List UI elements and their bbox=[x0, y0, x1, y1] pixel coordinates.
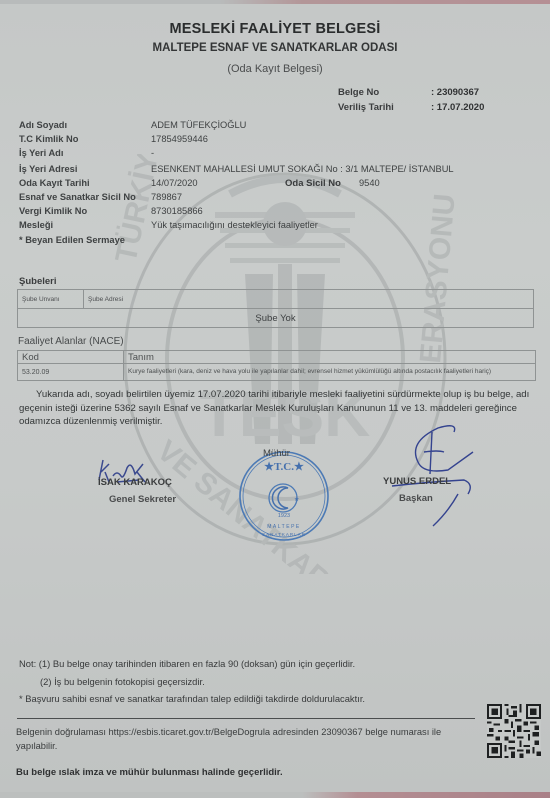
right-signatory-name: YUNUS ERDEL bbox=[383, 476, 451, 487]
field-value-is-yeri-adresi: ESENKENT MAHALLESİ UMUT SOKAĞI No : 3/1 … bbox=[151, 164, 454, 174]
svg-text:★: ★ bbox=[294, 496, 299, 503]
field-value-tc-kimlik: 17854959446 bbox=[151, 134, 208, 144]
field-label-oda-kayit-tarihi: Oda Kayıt Tarihi bbox=[19, 178, 90, 188]
field-label-is-yeri-adresi: İş Yeri Adresi bbox=[19, 164, 77, 174]
belge-no-label: Belge No bbox=[338, 87, 379, 98]
field-label-adi-soyadi: Adı Soyadı bbox=[19, 120, 67, 130]
field-label-vergi-kimlik: Vergi Kimlik No bbox=[19, 206, 87, 216]
branches-table: Şube Unvanı Şube Adresi Şube Yok bbox=[17, 289, 534, 328]
left-signatory-name: İSAK KARAKOÇ bbox=[98, 477, 172, 488]
branches-col-adres: Şube Adresi bbox=[84, 290, 534, 309]
field-label-meslegi: Mesleği bbox=[19, 220, 53, 230]
oda-sicil-value: 9540 bbox=[359, 178, 380, 188]
document-subtitle: (Oda Kayıt Belgesi) bbox=[0, 63, 550, 75]
svg-text:ERASYONU: ERASYONU bbox=[414, 192, 462, 364]
svg-text:★T.C.★: ★T.C.★ bbox=[264, 461, 304, 473]
belge-no-value: : 23090367 bbox=[431, 87, 479, 98]
field-value-is-yeri-adi: - bbox=[151, 148, 154, 158]
document-title: MESLEKİ FAALİYET BELGESİ bbox=[0, 21, 550, 37]
nace-title: Faaliyet Alanlar (NACE) bbox=[18, 336, 124, 347]
verilis-tarihi-value: : 17.07.2020 bbox=[431, 102, 484, 113]
qr-code-icon[interactable] bbox=[487, 704, 541, 758]
field-label-sicil-no: Esnaf ve Sanatkar Sicil No bbox=[19, 192, 136, 202]
field-value-sicil-no: 789867 bbox=[151, 192, 182, 202]
field-label-sermaye: * Beyan Edilen Sermaye bbox=[19, 235, 125, 245]
nace-col-kod: Kod bbox=[18, 351, 124, 364]
left-signatory-title: Genel Sekreter bbox=[109, 494, 176, 505]
note-2: (2) İş bu belgenin fotokopisi geçersizdi… bbox=[40, 676, 205, 687]
nace-table: Kod Tanım 53.20.09 Kurye faaliyetleri (k… bbox=[17, 350, 536, 381]
divider-line bbox=[17, 718, 475, 719]
field-value-adi-soyadi: ADEM TÜFEKÇİOĞLU bbox=[151, 120, 246, 130]
field-label-is-yeri-adi: İş Yeri Adı bbox=[19, 148, 63, 158]
field-value-vergi-kimlik: 8730185866 bbox=[151, 206, 203, 216]
verilis-tarihi-label: Veriliş Tarihi bbox=[338, 102, 394, 113]
oda-sicil-label: Oda Sicil No bbox=[285, 178, 341, 189]
field-label-tc-kimlik: T.C Kimlik No bbox=[19, 134, 78, 144]
right-signatory-title: Başkan bbox=[399, 493, 433, 504]
nace-row-code: 53.20.09 bbox=[18, 364, 124, 381]
field-value-meslegi: Yük taşımacılığını destekleyici faaliyet… bbox=[151, 220, 318, 230]
official-seal-icon: ★T.C.★ ★ 1923 MALTEPE SANATKARLAR bbox=[236, 448, 332, 544]
nace-col-tanim: Tanım bbox=[124, 351, 536, 364]
branches-empty: Şube Yok bbox=[18, 309, 534, 328]
note-1: Not: (1) Bu belge onay tarihinden itibar… bbox=[19, 658, 355, 669]
verification-text: Belgenin doğrulaması https://esbis.ticar… bbox=[16, 726, 461, 753]
page-edge-bottom bbox=[0, 792, 550, 798]
validity-notice: Bu belge ıslak imza ve mühür bulunması h… bbox=[16, 767, 283, 778]
svg-text:1923: 1923 bbox=[278, 513, 290, 519]
branches-col-unvan: Şube Unvanı bbox=[18, 290, 84, 309]
organization-name: MALTEPE ESNAF VE SANATKARLAR ODASI bbox=[0, 42, 550, 54]
field-value-oda-kayit-tarihi: 14/07/2020 bbox=[151, 178, 198, 188]
certificate-page: TESK TÜRKİYE E VE SANATKARLAR KONF ERASY… bbox=[0, 4, 550, 794]
branches-title: Şubeleri bbox=[19, 276, 57, 287]
svg-text:MALTEPE: MALTEPE bbox=[267, 524, 300, 530]
nace-row-description: Kurye faaliyetleri (kara, deniz ve hava … bbox=[124, 364, 536, 381]
note-3: * Başvuru sahibi esnaf ve sanatkar taraf… bbox=[19, 693, 365, 704]
svg-text:SANATKARLAR: SANATKARLAR bbox=[262, 532, 306, 537]
statement-paragraph: Yukarıda adı, soyadı belirtilen üyemiz 1… bbox=[19, 388, 534, 429]
seal-label: Mühür bbox=[263, 448, 290, 459]
